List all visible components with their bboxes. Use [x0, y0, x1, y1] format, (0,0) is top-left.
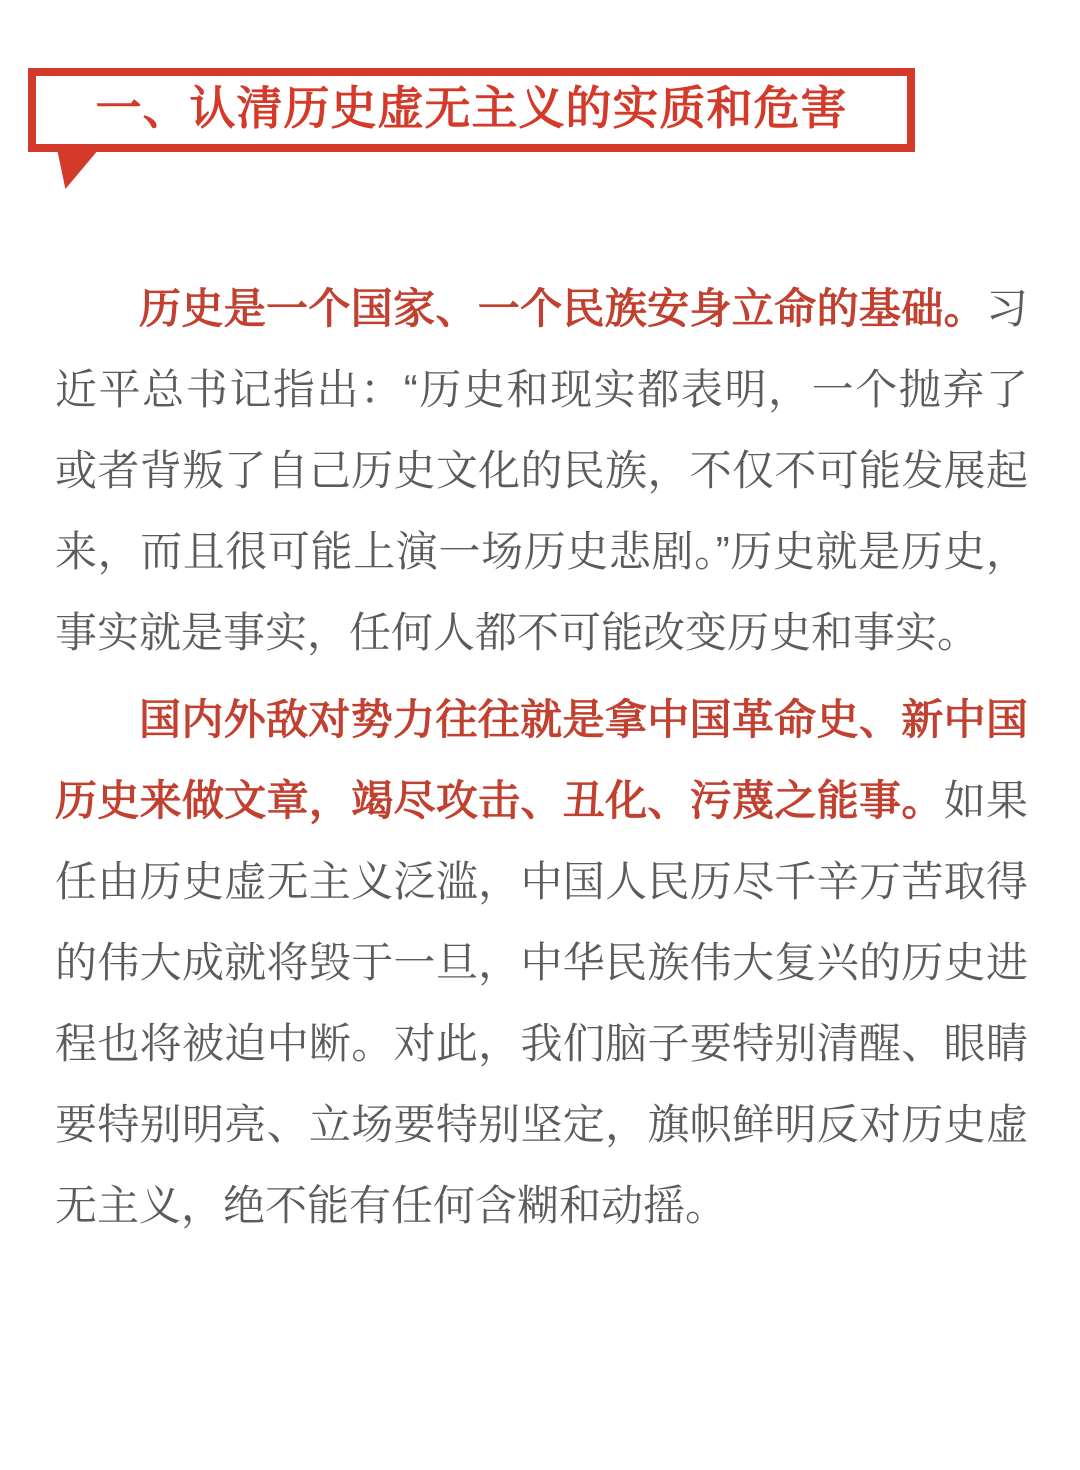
article-body: 历史是一个国家、一个民族安身立命的基础。习近平总书记指出：“历史和现实都表明，一…: [55, 268, 1028, 1246]
section-title-banner: 一、认清历史虚无主义的实质和危害: [28, 68, 915, 152]
paragraph-2-text: 如果任由历史虚无主义泛滥，中国人民历尽千辛万苦取得的伟大成就将毁于一旦，中华民族…: [55, 777, 1028, 1229]
paragraph-2: 国内外敌对势力往往就是拿中国革命史、新中国历史来做文章，竭尽攻击、丑化、污蔑之能…: [55, 679, 1028, 1246]
article-page: { "page": { "background": "#ffffff" }, "…: [0, 0, 1080, 1470]
paragraph-1-lead: 历史是一个国家、一个民族安身立命的基础。: [139, 285, 986, 332]
banner-tail-triangle: [57, 149, 99, 189]
paragraph-2-lead: 国内外敌对势力往往就是拿中国革命史、新中国历史来做文章，竭尽攻击、丑化、污蔑之能…: [55, 696, 1028, 824]
section-title: 一、认清历史虚无主义的实质和危害: [96, 85, 848, 135]
paragraph-1: 历史是一个国家、一个民族安身立命的基础。习近平总书记指出：“历史和现实都表明，一…: [55, 268, 1028, 673]
paragraph-1-text: 习近平总书记指出：“历史和现实都表明，一个抛弃了或者背叛了自己历史文化的民族，不…: [55, 285, 1028, 656]
